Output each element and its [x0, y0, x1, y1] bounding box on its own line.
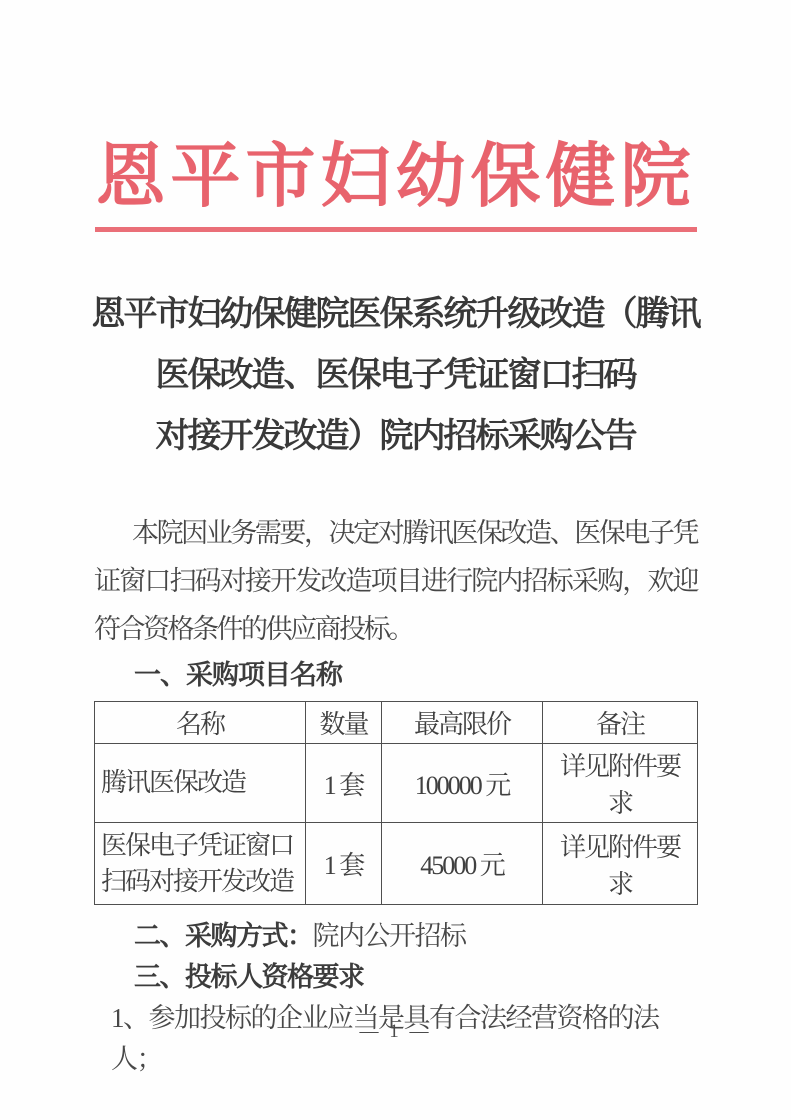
letterhead-divider — [95, 227, 697, 232]
letterhead-title: 恩平市妇幼保健院 — [0, 142, 791, 214]
document-title-line-2: 医保改造、医保电子凭证窗口扫码 — [0, 345, 791, 406]
page-number: — 1 — — [0, 1021, 791, 1043]
table-row: 腾讯医保改造 1 套 100000 元 详见附件要求 — [95, 744, 698, 823]
document-title-line-3: 对接开发改造）院内招标采购公告 — [0, 406, 791, 467]
cell-remarks: 详见附件要求 — [543, 744, 698, 823]
table-header-row: 名称 数量 最高限价 备注 — [95, 702, 698, 744]
section-3-label: 三、投标人资格要求 — [134, 962, 364, 992]
procurement-table: 名称 数量 最高限价 备注 腾讯医保改造 1 套 100000 元 详见附件要求… — [94, 701, 698, 905]
table-row: 医保电子凭证窗口扫码对接开发改造 1 套 45000 元 详见附件要求 — [95, 823, 698, 905]
section-3-heading: 三、投标人资格要求 — [94, 957, 697, 998]
col-header-quantity: 数量 — [306, 702, 382, 744]
section-2-heading: 二、采购方式：院内公开招标 — [94, 916, 697, 957]
col-header-remarks: 备注 — [543, 702, 698, 744]
document-page: 恩平市妇幼保健院 恩平市妇幼保健院医保系统升级改造（腾讯 医保改造、医保电子凭证… — [0, 0, 791, 1120]
cell-quantity: 1 套 — [306, 744, 382, 823]
cell-quantity: 1 套 — [306, 823, 382, 905]
cell-max-price: 100000 元 — [382, 744, 543, 823]
cell-max-price: 45000 元 — [382, 823, 543, 905]
document-body: 本院因业务需要，决定对腾讯医保改造、医保电子凭证窗口扫码对接开发改造项目进行院内… — [94, 509, 697, 1080]
section-2-label: 二、采购方式： — [134, 921, 313, 951]
document-title: 恩平市妇幼保健院医保系统升级改造（腾讯 医保改造、医保电子凭证窗口扫码 对接开发… — [0, 284, 791, 467]
col-header-max-price: 最高限价 — [382, 702, 543, 744]
section-1-heading: 一、采购项目名称 — [94, 658, 697, 692]
document-title-line-1: 恩平市妇幼保健院医保系统升级改造（腾讯 — [0, 284, 791, 345]
intro-paragraph: 本院因业务需要，决定对腾讯医保改造、医保电子凭证窗口扫码对接开发改造项目进行院内… — [94, 509, 697, 653]
cell-item-name: 医保电子凭证窗口扫码对接开发改造 — [95, 823, 306, 905]
cell-item-name: 腾讯医保改造 — [95, 744, 306, 823]
col-header-name: 名称 — [95, 702, 306, 744]
cell-remarks: 详见附件要求 — [543, 823, 698, 905]
section-2-value: 院内公开招标 — [313, 921, 466, 951]
